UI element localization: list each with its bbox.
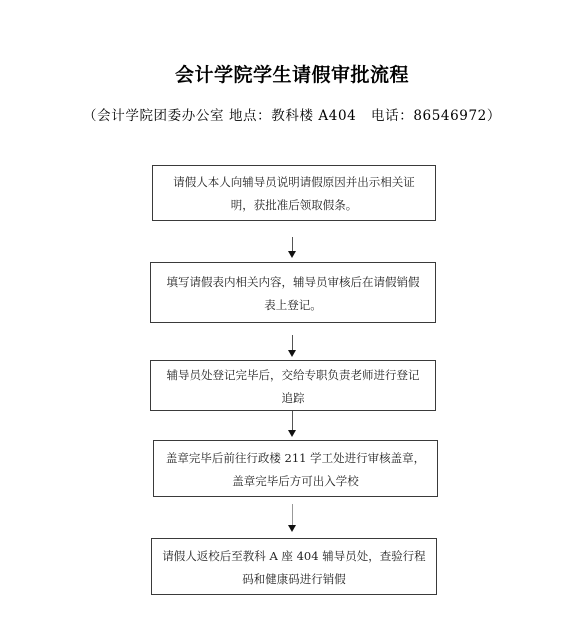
arrow-down-icon — [288, 237, 298, 259]
flow-step-5-line1: 请假人返校后至教科 A 座 404 辅导员处，查验行程 — [162, 545, 425, 568]
page-title: 会计学院学生请假审批流程 — [0, 62, 584, 88]
flow-step-4-line2: 盖章完毕后方可出入学校 — [166, 470, 425, 493]
flow-step-3-line1: 辅导员处登记完毕后，交给专职负责老师进行登记 — [167, 364, 420, 387]
flow-step-1: 请假人本人向辅导员说明请假原因并出示相关证 明，获批准后领取假条。 — [152, 165, 436, 221]
flow-step-4-line1: 盖章完毕后前往行政楼 211 学工处进行审核盖章， — [166, 447, 425, 470]
contact-subtitle: （会计学院团委办公室 地点：教科楼 A404 电话：86546972） — [0, 105, 584, 127]
flow-step-2-line2: 表上登记。 — [167, 294, 420, 317]
flow-step-5-line2: 码和健康码进行销假 — [162, 568, 425, 591]
arrow-down-icon — [288, 411, 298, 438]
flow-step-3-line2: 追踪 — [167, 387, 420, 410]
flow-step-2-line1: 填写请假表内相关内容，辅导员审核后在请假销假 — [167, 271, 420, 294]
flow-step-1-line1: 请假人本人向辅导员说明请假原因并出示相关证 — [173, 171, 415, 194]
flow-step-3: 辅导员处登记完毕后，交给专职负责老师进行登记 追踪 — [150, 360, 436, 411]
flow-step-4: 盖章完毕后前往行政楼 211 学工处进行审核盖章， 盖章完毕后方可出入学校 — [153, 440, 438, 497]
arrow-down-icon — [288, 335, 298, 358]
flow-step-2: 填写请假表内相关内容，辅导员审核后在请假销假 表上登记。 — [150, 262, 436, 323]
flow-step-5: 请假人返校后至教科 A 座 404 辅导员处，查验行程 码和健康码进行销假 — [151, 538, 437, 595]
arrow-down-icon — [288, 504, 298, 533]
flow-step-1-line2: 明，获批准后领取假条。 — [173, 194, 415, 217]
